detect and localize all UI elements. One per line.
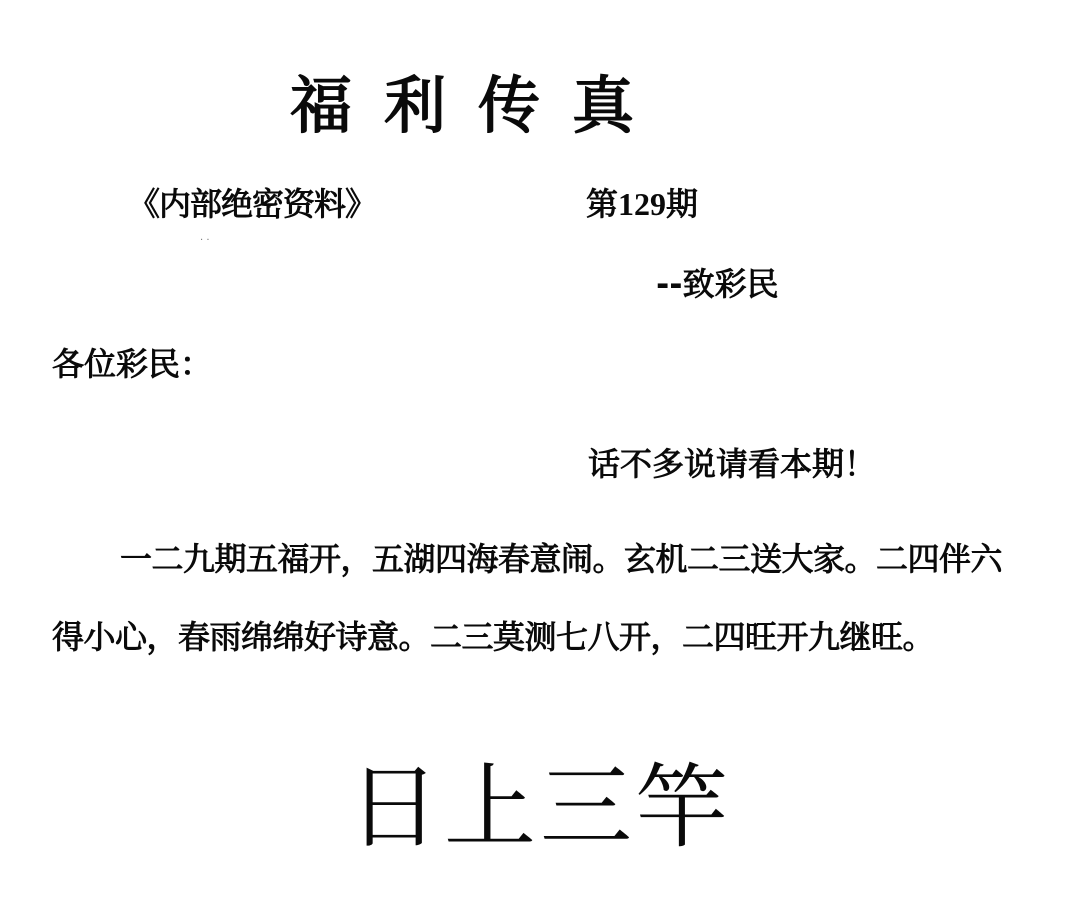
dedication-line: --致彩民 — [656, 262, 779, 306]
issue-prefix: 第 — [586, 185, 618, 223]
greeting: 各位彩民： — [52, 342, 212, 386]
issue-value: 129 — [618, 186, 666, 222]
scan-specks: . . — [200, 232, 210, 244]
issue-suffix: 期 — [666, 185, 698, 223]
intro-line: 话不多说请看本期！ — [588, 442, 876, 486]
answer-phrase: 日上三竿 — [348, 748, 732, 868]
document-subtitle: 《内部绝密资料》 — [128, 182, 376, 226]
poem-paragraph: 一二九期五福开，五湖四海春意闹。玄机二三送大家。二四伴六得小心，春雨绵绵好诗意。… — [52, 520, 1022, 676]
document-title: 福利传真 — [290, 66, 666, 146]
issue-number: 第129期 — [586, 182, 698, 226]
